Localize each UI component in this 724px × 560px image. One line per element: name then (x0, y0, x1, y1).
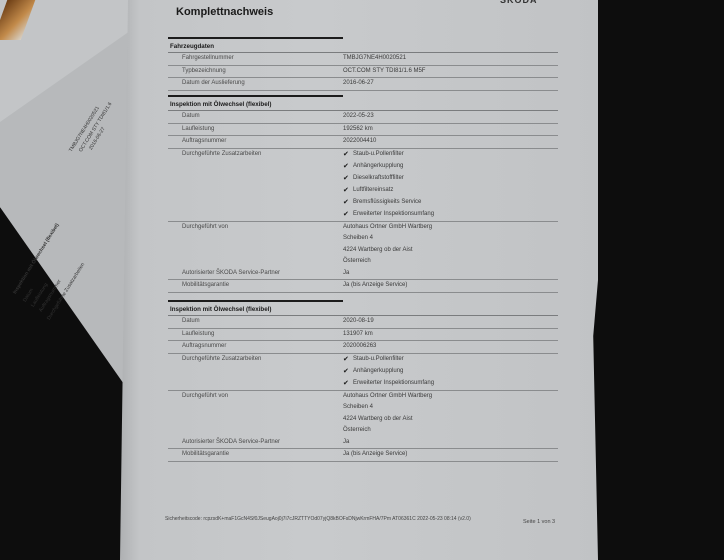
row-label: Laufleistung (182, 331, 214, 337)
row-value: 2020006263 (343, 343, 376, 349)
checkmark-icon: ✔ (343, 162, 349, 170)
partner-label: Autorisierter ŠKODA Service-Partner (182, 270, 280, 276)
extra-work-text: Erweiterter Inspektionsumfang (353, 211, 434, 217)
row-value: 192562 km (343, 126, 373, 132)
address-line: Österreich (168, 425, 558, 437)
partner-label: Autorisierter ŠKODA Service-Partner (182, 439, 280, 445)
row-label: Datum (182, 113, 200, 119)
extra-work-item: ✔Anhängerkupplung (168, 161, 558, 173)
checkmark-icon: ✔ (343, 174, 349, 182)
section-heading: Fahrzeugdaten (168, 39, 558, 53)
table-row: Datum2022-05-23 (168, 111, 558, 124)
table-row: Auftragsnummer2022004410 (168, 136, 558, 149)
partner-value: Ja (343, 439, 349, 445)
extra-work-text: Staub-u.Pollenfilter (353, 356, 404, 362)
performed-by-label: Durchgeführt von (182, 393, 228, 399)
extra-work-text: Staub-u.Pollenfilter (353, 151, 404, 157)
partner-row: Autorisierter ŠKODA Service-PartnerJa (168, 437, 558, 450)
mobility-row: MobilitätsgarantieJa (bis Anzeige Servic… (168, 449, 558, 462)
row-value: 2022-05-23 (343, 113, 374, 119)
table-row: Laufleistung192562 km (168, 124, 558, 137)
extra-work-block: Durchgeführte Zusatzarbeiten✔Staub-u.Pol… (168, 354, 558, 391)
brand-logo: ŠKODA (500, 0, 538, 5)
address-value: Österreich (343, 258, 371, 264)
table-row: Auftragsnummer2020006263 (168, 341, 558, 354)
performed-by-block: Durchgeführt vonAutohaus Ortner GmbH War… (168, 222, 558, 268)
vehicle-data-section: Fahrzeugdaten FahrgestellnummerTMBJG7NE4… (168, 37, 558, 91)
checkmark-icon: ✔ (343, 379, 349, 387)
section-heading: Inspektion mit Ölwechsel (flexibel) (168, 97, 558, 111)
performed-by-block: Durchgeführt vonAutohaus Ortner GmbH War… (168, 391, 558, 437)
row-label: Auftragsnummer (182, 343, 226, 349)
extra-work-text: Anhängerkupplung (353, 163, 403, 169)
table-row: Laufleistung131907 km (168, 329, 558, 342)
row-value: 2020-08-19 (343, 318, 374, 324)
mobility-value: Ja (bis Anzeige Service) (343, 282, 407, 288)
row-value: OCT.COM STY TDI81/1.6 M5F (343, 68, 425, 74)
mobility-value: Ja (bis Anzeige Service) (343, 451, 407, 457)
mobility-row: MobilitätsgarantieJa (bis Anzeige Servic… (168, 280, 558, 293)
extra-work-item: ✔Dieselkraftstofffilter (168, 173, 558, 185)
mobility-label: Mobilitätsgarantie (182, 451, 229, 457)
checkmark-icon: ✔ (343, 186, 349, 194)
row-label: Datum der Auslieferung (182, 80, 245, 86)
checkmark-icon: ✔ (343, 150, 349, 158)
extra-work-item: ✔Erweiterter Inspektionsumfang (168, 378, 558, 390)
extra-work-item: ✔Bremsflüssigkeits Service (168, 197, 558, 209)
table-row: TypbezeichnungOCT.COM STY TDI81/1.6 M5F (168, 66, 558, 79)
address-line: 4224 Wartberg ob der Aist (168, 245, 558, 257)
row-label: Typbezeichnung (182, 68, 226, 74)
address-line: Durchgeführt vonAutohaus Ortner GmbH War… (168, 391, 558, 403)
document-footer: Sicherheitscode: rcpzsdK+maF1GcN4Sf0JSeu… (165, 516, 595, 522)
row-label: Fahrgestellnummer (182, 55, 234, 61)
inspection-section-1: Inspektion mit Ölwechsel (flexibel) Datu… (168, 95, 558, 293)
address-value: Österreich (343, 427, 371, 433)
address-line: 4224 Wartberg ob der Aist (168, 414, 558, 426)
document-title: Komplettnachweis (176, 6, 273, 18)
security-code: Sicherheitscode: rcpzsdK+maF1GcN4Sf0JSeu… (165, 516, 471, 522)
extra-work-label: Durchgeführte Zusatzarbeiten (182, 356, 261, 362)
row-label: Datum (182, 318, 200, 324)
address-line: Scheiben 4 (168, 233, 558, 245)
extra-work-text: Erweiterter Inspektionsumfang (353, 380, 434, 386)
checkmark-icon: ✔ (343, 198, 349, 206)
address-value: 4224 Wartberg ob der Aist (343, 247, 412, 253)
extra-work-item: ✔Luftfiltereinsatz (168, 185, 558, 197)
extra-work-item: ✔Anhängerkupplung (168, 366, 558, 378)
performed-by-label: Durchgeführt von (182, 224, 228, 230)
extra-work-item: Durchgeführte Zusatzarbeiten✔Staub-u.Pol… (168, 354, 558, 366)
extra-work-item: ✔Erweiterter Inspektionsumfang (168, 209, 558, 221)
address-value: 4224 Wartberg ob der Aist (343, 416, 412, 422)
row-label: Laufleistung (182, 126, 214, 132)
extra-work-item: Durchgeführte Zusatzarbeiten✔Staub-u.Pol… (168, 149, 558, 161)
extra-work-text: Luftfiltereinsatz (353, 187, 393, 193)
extra-work-block: Durchgeführte Zusatzarbeiten✔Staub-u.Pol… (168, 149, 558, 222)
table-row: FahrgestellnummerTMBJG7NE4H0020521 (168, 53, 558, 66)
extra-work-text: Dieselkraftstofffilter (353, 175, 404, 181)
mobility-label: Mobilitätsgarantie (182, 282, 229, 288)
address-value: Autohaus Ortner GmbH Wartberg (343, 393, 432, 399)
address-value: Scheiben 4 (343, 404, 373, 410)
address-line: Durchgeführt vonAutohaus Ortner GmbH War… (168, 222, 558, 234)
checkmark-icon: ✔ (343, 355, 349, 363)
row-value: 131907 km (343, 331, 373, 337)
section-heading: Inspektion mit Ölwechsel (flexibel) (168, 302, 558, 316)
row-label: Auftragsnummer (182, 138, 226, 144)
partner-value: Ja (343, 270, 349, 276)
address-line: Österreich (168, 256, 558, 268)
inspection-section-2: Inspektion mit Ölwechsel (flexibel) Datu… (168, 300, 558, 462)
extra-work-text: Bremsflüssigkeits Service (353, 199, 421, 205)
address-line: Scheiben 4 (168, 402, 558, 414)
address-value: Scheiben 4 (343, 235, 373, 241)
page-number: Seite 1 von 3 (523, 519, 555, 525)
address-value: Autohaus Ortner GmbH Wartberg (343, 224, 432, 230)
extra-work-text: Anhängerkupplung (353, 368, 403, 374)
row-value: 2016-06-27 (343, 80, 374, 86)
row-value: TMBJG7NE4H0020521 (343, 55, 406, 61)
extra-work-label: Durchgeführte Zusatzarbeiten (182, 151, 261, 157)
partner-row: Autorisierter ŠKODA Service-PartnerJa (168, 268, 558, 281)
checkmark-icon: ✔ (343, 210, 349, 218)
table-row: Datum2020-08-19 (168, 316, 558, 329)
checkmark-icon: ✔ (343, 367, 349, 375)
table-row: Datum der Auslieferung2016-06-27 (168, 78, 558, 91)
row-value: 2022004410 (343, 138, 376, 144)
